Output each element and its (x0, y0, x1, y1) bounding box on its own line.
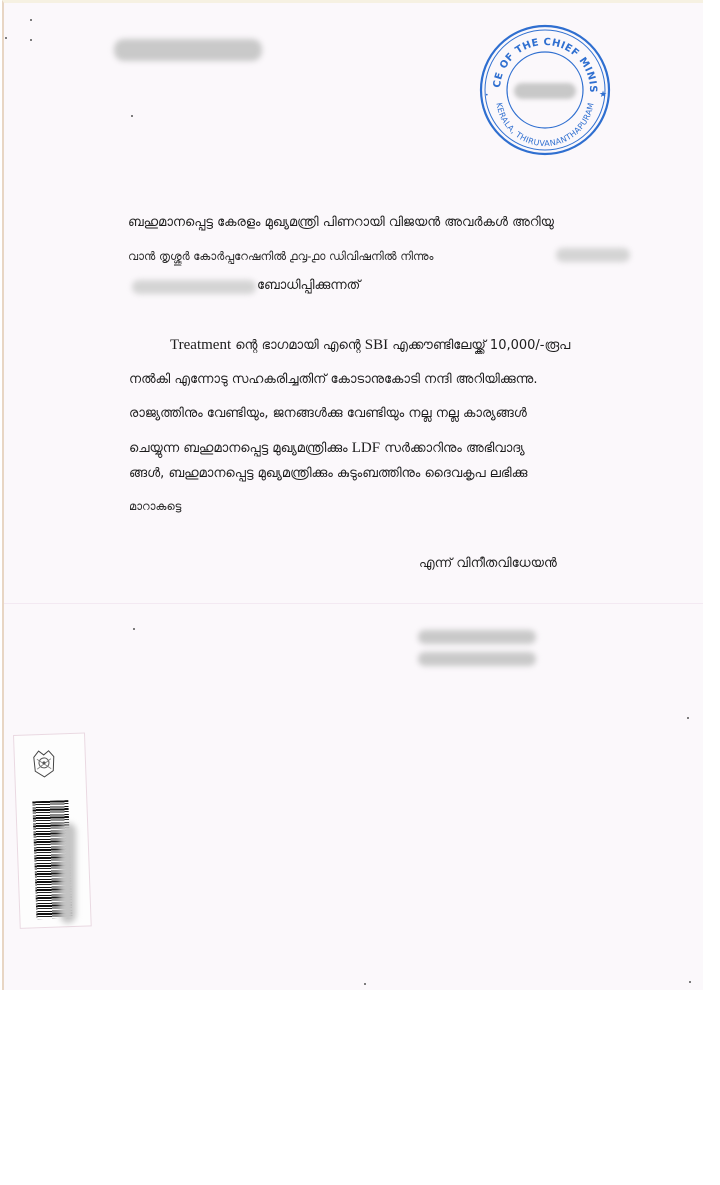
paragraph-line-3: രാജ്യത്തിനും വേണ്ടിയും, ജനങ്ങൾക്കു വേണ്ട… (129, 406, 527, 421)
treatment-word: Treatment (170, 337, 231, 353)
kerala-emblem-icon (28, 746, 59, 781)
chief-minister-office-stamp: OFFICE OF THE CHIEF MINISTER KERALA, THI… (478, 23, 612, 157)
signature-name-redacted (418, 630, 536, 644)
line4-prefix: ചെയ്യുന്ന ബഹുമാനപ്പെട്ട മുഖ്യമന്ത്രിക്കു… (129, 441, 352, 456)
scan-speck (687, 717, 689, 719)
svg-text:•: • (485, 92, 489, 99)
scan-speck (133, 628, 135, 630)
paragraph-line-1: Treatment ന്റെ ഭാഗമായി എന്റെ SBI എക്കൗണ്… (170, 337, 570, 354)
scanned-letter-page: OFFICE OF THE CHIEF MINISTER KERALA, THI… (2, 0, 703, 990)
paragraph-line-5: ങ്ങൾ, ബഹുമാനപ്പെട്ട മുഖ്യമന്ത്രിക്കും കു… (129, 466, 527, 481)
paragraph-line-6: മാറാകട്ടെ (129, 499, 181, 514)
redacted-name-part-2 (132, 280, 256, 294)
scan-speck (5, 37, 7, 39)
signoff-text: എന്ന് വിനീതവിധേയൻ (419, 556, 557, 571)
barcode-number-redacted (60, 823, 76, 923)
paragraph-line-2: നൽകി എന്നോടു സഹകരിച്ചതിന് കോടാനുകോടി നന്… (129, 372, 537, 387)
sender-header-redacted (114, 39, 262, 61)
scan-speck (689, 981, 691, 983)
scan-speck (364, 983, 366, 985)
paragraph-line-4: ചെയ്യുന്ന ബഹുമാനപ്പെട്ട മുഖ്യമന്ത്രിക്കു… (129, 440, 525, 457)
redacted-name-part-1 (556, 248, 630, 262)
salutation-line-2: വാൻ തൃശ്ശൂർ കോർപ്പറേഷനിൽ ൧൮-൧൦ ഡിവിഷനിൽ … (128, 249, 433, 264)
scan-speck (30, 19, 32, 21)
line1-suffix: എക്കൗണ്ടിലേയ്ക്ക് 10,000/-രൂപ (388, 338, 570, 353)
sbi-word: SBI (365, 337, 388, 353)
barcode-label (13, 732, 92, 928)
line4-suffix: സർക്കാറിനും അഭിവാദ്യ (380, 441, 525, 456)
fold-line (4, 603, 703, 604)
salutation-line-3: ബോധിപ്പിക്കുന്നത് (257, 278, 360, 293)
svg-text:KERALA, THIRUVANANTHAPURAM: KERALA, THIRUVANANTHAPURAM (494, 102, 595, 148)
salutation-line-1: ബഹുമാനപ്പെട്ട കേരളം മുഖ്യമന്ത്രി പിണറായി… (128, 215, 554, 230)
scan-speck (131, 115, 133, 117)
svg-text:★: ★ (599, 90, 607, 100)
line1-middle: ന്റെ ഭാഗമായി എന്റെ (231, 338, 365, 353)
stamp-seal-icon: OFFICE OF THE CHIEF MINISTER KERALA, THI… (478, 23, 612, 157)
ldf-word: LDF (352, 440, 380, 456)
svg-text:OFFICE OF THE CHIEF MINISTER: OFFICE OF THE CHIEF MINISTER (478, 23, 598, 93)
signature-phone-redacted (418, 652, 536, 666)
scan-speck (30, 39, 32, 41)
